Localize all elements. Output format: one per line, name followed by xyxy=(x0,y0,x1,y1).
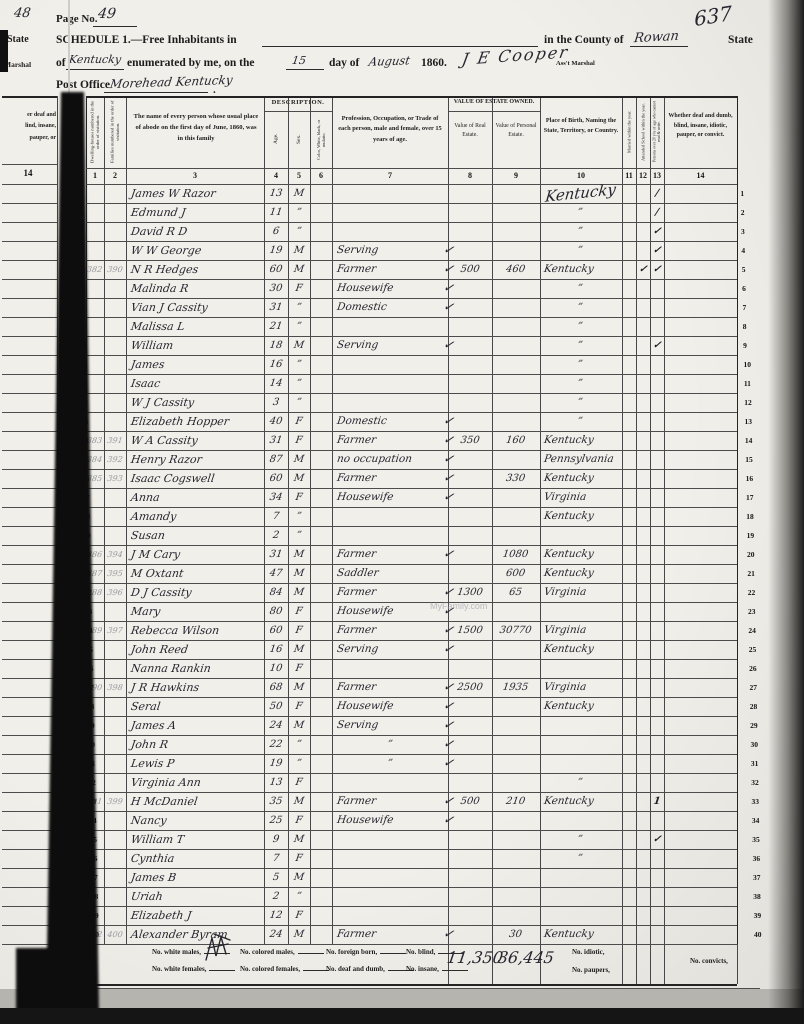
census-page-scan: 48 State Marshal er deaf and lind, insan… xyxy=(0,0,804,1024)
page-right-edge-shadow xyxy=(768,0,804,1024)
book-gutter-shadow xyxy=(0,0,804,1024)
scan-bottom-band xyxy=(0,1008,804,1024)
